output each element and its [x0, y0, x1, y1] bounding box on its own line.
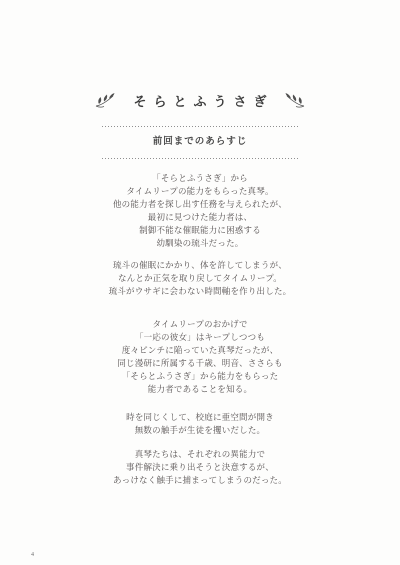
laurel-sprig-icon	[284, 92, 306, 109]
page-title: そらとふうさぎ	[126, 91, 273, 110]
page-content: そらとふうさぎ 前回までのあらすじ 「そらとふうさぎ」から タイムリープの能力を…	[0, 90, 400, 487]
synopsis-paragraph: 時を同じくして、校庭に亜空間が開き 無数の触手が生徒を攫いだした。	[0, 411, 400, 437]
synopsis-line: 度々ピンチに陥っていた真琴だったが、	[0, 344, 400, 357]
synopsis-line: タイムリープのおかげで	[0, 318, 400, 331]
synopsis-line: 「一応の彼女」はキープしつつも	[0, 331, 400, 344]
synopsis-line: 琉斗の催眠にかかり、体を許してしまうが、	[0, 259, 400, 272]
synopsis-line: タイムリープの能力をもらった真琴。	[0, 185, 400, 198]
laurel-sprig-icon	[94, 92, 116, 109]
page-number: 4	[31, 552, 34, 558]
synopsis-line: 琉斗がウサギに会わない時間軸を作り出した。	[0, 285, 400, 298]
synopsis-line: 「そらとふうさぎ」から能力をもらった	[0, 370, 400, 383]
synopsis-line: 能力者であることを知る。	[0, 383, 400, 396]
synopsis-paragraph: 真琴たちは、それぞれの異能力で 事件解決に乗り出そうと決意するが、 あっけなく触…	[0, 448, 400, 487]
synopsis-line: 事件解決に乗り出そうと決意するが、	[0, 461, 400, 474]
synopsis-line: あっけなく触手に捕まってしまうのだった。	[0, 474, 400, 487]
synopsis-line: 「そらとふうさぎ」から	[0, 172, 400, 185]
book-page: そらとふうさぎ 前回までのあらすじ 「そらとふうさぎ」から タイムリープの能力を…	[0, 0, 400, 565]
synopsis-line: 無数の触手が生徒を攫いだした。	[0, 424, 400, 437]
synopsis-paragraph: 琉斗の催眠にかかり、体を許してしまうが、 なんとか正気を取り戻してタイムリープ。…	[0, 259, 400, 298]
dotted-divider-bottom	[102, 158, 298, 159]
dotted-divider-top	[102, 126, 298, 127]
synopsis-paragraph: 「そらとふうさぎ」から タイムリープの能力をもらった真琴。 他の能力者を探し出す…	[0, 172, 400, 250]
synopsis-line: 同じ漫研に所属する千歳、明音、ささらも	[0, 357, 400, 370]
synopsis-line: 制御不能な催眠能力に困惑する	[0, 224, 400, 237]
synopsis-paragraph: タイムリープのおかげで 「一応の彼女」はキープしつつも 度々ピンチに陥っていた真…	[0, 318, 400, 396]
synopsis-heading: 前回までのあらすじ	[0, 136, 400, 148]
synopsis-line: 最初に見つけた能力者は、	[0, 211, 400, 224]
synopsis-line: なんとか正気を取り戻してタイムリープ。	[0, 272, 400, 285]
synopsis-line: 真琴たちは、それぞれの異能力で	[0, 448, 400, 461]
title-row: そらとふうさぎ	[0, 90, 400, 110]
synopsis-line: 時を同じくして、校庭に亜空間が開き	[0, 411, 400, 424]
synopsis-line: 他の能力者を探し出す任務を与えられたが、	[0, 198, 400, 211]
synopsis-line: 幼馴染の琉斗だった。	[0, 237, 400, 250]
